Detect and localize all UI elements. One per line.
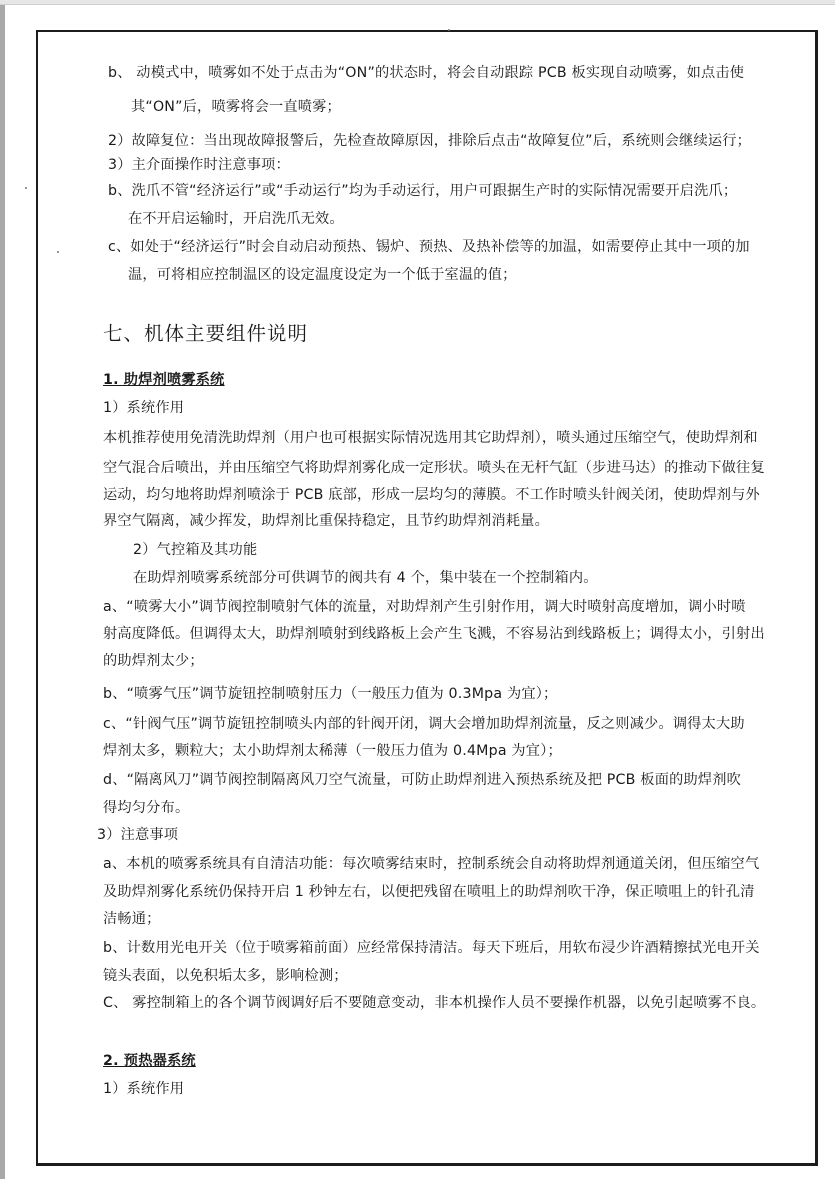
text-line: b、“喷雾气压”调节旋钮控制喷射压力（一般压力值为 0.3Mpa 为宜）； (103, 684, 557, 704)
text-line: 温，可将相应控制温区的设定温度设定为一个低于室温的值； (128, 265, 516, 285)
text-line: 镜头表面，以免积垢太多，影响检测； (103, 966, 348, 986)
text-line: b、计数用光电开关（位于喷雾箱前面）应经常保持清洁。每天下班后，用软布浸少许酒精… (103, 938, 760, 958)
text-line: 在助焊剂喷雾系统部分可供调节的阀共有 4 个，集中装在一个控制箱内。 (133, 568, 598, 588)
text-line: a、本机的喷雾系统具有自清洁功能：每次喷雾结束时，控制系统会自动将助焊剂通道关闭… (103, 854, 759, 874)
text-line: 运动，均匀地将助焊剂喷涂于 PCB 底部，形成一层均匀的薄膜。不工作时喷头针阀关… (103, 485, 760, 505)
text-line: b、 动模式中，喷雾如不处于点击为“ON”的状态时，将会自动跟踪 PCB 板实现… (108, 63, 744, 83)
text-line: 在不开启运输时，开启洗爪无效。 (128, 209, 344, 229)
paragraph-heading: 1）系统作用 (103, 398, 184, 418)
text-line: 其“ON”后，喷雾将会一直喷雾； (131, 97, 341, 117)
text-line: 界空气隔离，减少挥发，助焊剂比重保持稳定，且节约助焊剂消耗量。 (103, 511, 549, 531)
text-line: 本机推荐使用免清洗助焊剂（用户也可根据实际情况选用其它助焊剂），喷头通过压缩空气… (103, 428, 758, 448)
text-line: 空气混合后喷出，并由压缩空气将助焊剂雾化成一定形状。喷头在无杆气缸（步进马达）的… (103, 458, 765, 478)
paragraph-heading: 1）系统作用 (103, 1079, 184, 1099)
text-line: 的助焊剂太少； (103, 651, 204, 671)
text-line: 及助焊剂雾化系统仍保持开启 1 秒钟左右，以便把残留在喷咀上的助焊剂吹干净，保正… (103, 882, 755, 902)
scan-speck (448, 29, 450, 31)
text-line: 3）主介面操作时注意事项： (108, 155, 290, 175)
text-line: a、“喷雾大小”调节阀控制喷射气体的流量，对助焊剂产生引射作用，调大时喷射高度增… (103, 597, 746, 617)
text-line: d、“隔离风刀”调节阀控制隔离风刀空气流量，可防止助焊剂进入预热系统及把 PCB… (103, 770, 741, 790)
text-line: c、如处于“经济运行”时会自动启动预热、锡炉、预热、及热补偿等的加温，如需要停止… (108, 237, 750, 257)
text-line: b、洗爪不管“经济运行”或“手动运行”均为手动运行，用户可跟据生产时的实际情况需… (108, 181, 737, 201)
text-line: C、 雾控制箱上的各个调节阀调好后不要随意变动，非本机操作人员不要操作机器，以免… (103, 993, 765, 1013)
text-line: 射高度降低。但调得太大，助焊剂喷射到线路板上会产生飞溅，不容易沾到线路板上；调得… (103, 624, 765, 644)
text-line: 洁畅通； (103, 909, 161, 929)
subsection-heading-1: 1. 助焊剂喷雾系统 (103, 370, 225, 390)
text-line: 焊剂太多，颗粒大；太小助焊剂太稀薄（一般压力值为 0.4Mpa 为宜）； (103, 741, 562, 761)
text-line: c、“针阀气压”调节旋钮控制喷头内部的针阀开闭，调大会增加助焊剂流量，反之则减少… (103, 714, 745, 734)
text-line: 得均匀分布。 (103, 798, 189, 818)
scan-speck (25, 187, 27, 189)
paragraph-heading: 3）注意事项 (97, 825, 178, 845)
subsection-heading-2: 2. 预热器系统 (103, 1051, 196, 1071)
text-line: 2）故障复位：当出现故障报警后，先检查故障原因，排除后点击“故障复位”后，系统则… (108, 131, 751, 151)
document-page: b、 动模式中，喷雾如不处于点击为“ON”的状态时，将会自动跟踪 PCB 板实现… (5, 5, 835, 1179)
scan-speck (57, 251, 59, 253)
paragraph-heading: 2）气控箱及其功能 (133, 540, 257, 560)
section-heading: 七、机体主要组件说明 (103, 321, 308, 347)
